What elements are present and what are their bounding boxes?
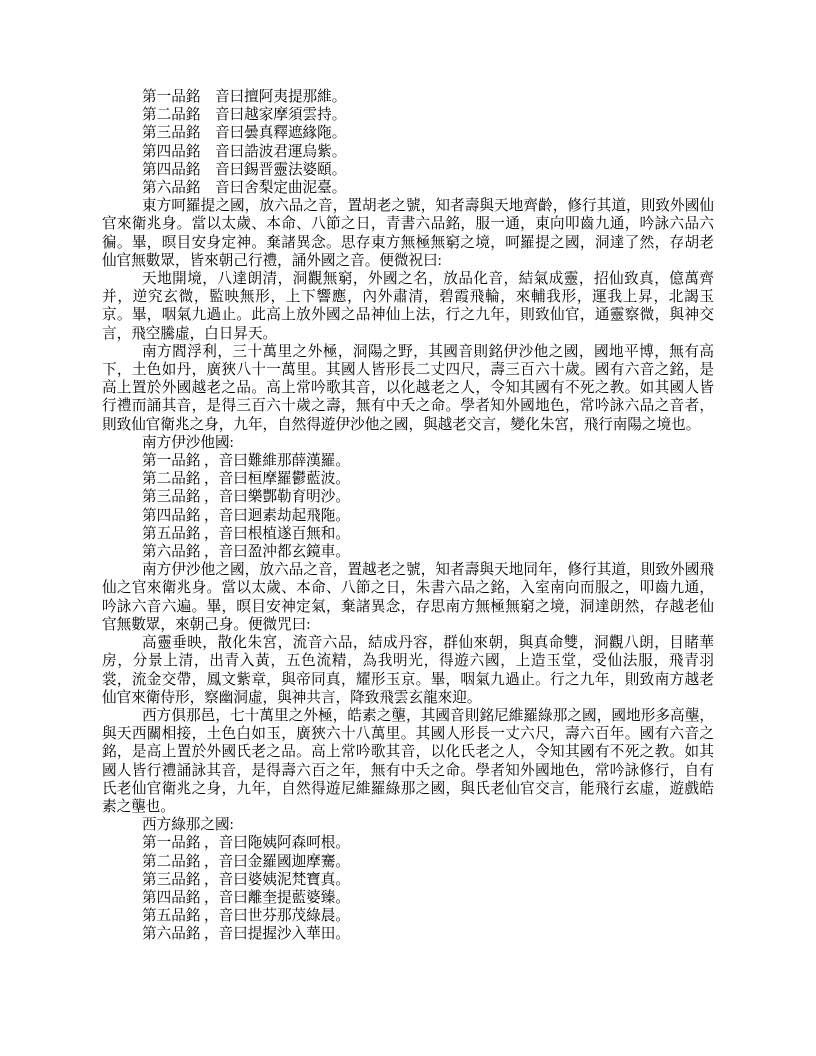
ming-line-east-2: 第二品銘 音曰越家摩須雲持。 <box>102 106 714 124</box>
ming-line-east-5: 第四品銘 音曰錫晋靈法婆頤。 <box>102 161 714 179</box>
paragraph-west-intro: 西方俱那邑，七十萬里之外極，皓素之壟，其國音則銘尼維羅綠那之國，國地形多高壟，與… <box>102 707 714 816</box>
ming-line-south-2: 第二品銘 ，音曰桓摩羅鬱藍波。 <box>102 470 714 488</box>
ming-line-west-3: 第三品銘 ，音曰婆姨泥梵寶真。 <box>102 871 714 889</box>
heading-south-country: 南方伊沙他國: <box>102 434 714 452</box>
ming-line-west-1: 第一品銘 ，音曰陁姨阿森呵根。 <box>102 834 714 852</box>
ming-line-east-4: 第四品銘 音曰誥波君運烏紫。 <box>102 143 714 161</box>
paragraph-east-incantation: 天地開境，八達朗清，洞觀無窮，外國之名，放品化音，結氣成靈，招仙致真，億萬齊并，… <box>102 270 714 343</box>
ming-line-west-2: 第二品銘 ，音曰金羅國迦摩騫。 <box>102 853 714 871</box>
ming-line-west-6: 第六品銘 ，音曰提握沙入華田。 <box>102 925 714 943</box>
ming-line-south-5: 第五品銘 ，音曰根植遂百無和。 <box>102 525 714 543</box>
ming-line-south-3: 第三品銘 ，音曰樂酆勒育明沙。 <box>102 488 714 506</box>
ming-line-east-3: 第三品銘 音曰曇真釋遮緣陁。 <box>102 124 714 142</box>
ming-line-south-4: 第四品銘 ，音曰迴素劫起飛陁。 <box>102 507 714 525</box>
ming-line-west-4: 第四品銘 ，音曰離奎提藍婆臻。 <box>102 889 714 907</box>
ming-line-east-6: 第六品銘 音曰舍梨定曲泥臺。 <box>102 179 714 197</box>
ming-line-west-5: 第五品銘 ，音曰世芬那茂綠晨。 <box>102 907 714 925</box>
paragraph-south-country: 南方伊沙他之國，放六品之音，置越老之號，知者壽與天地同年，修行其道，則致外國飛仙… <box>102 561 714 634</box>
ming-line-south-6: 第六品銘 ，音曰盈沖都玄鏡車。 <box>102 543 714 561</box>
ming-line-east-1: 第一品銘 音曰擅阿夷提那維。 <box>102 88 714 106</box>
heading-west-country: 西方綠那之國: <box>102 816 714 834</box>
paragraph-south-incantation: 高靈垂映，散化朱宮，流音六品，結成丹容，群仙來朝，與真命雙，洞觀八朗，目睹華房，… <box>102 634 714 707</box>
paragraph-east-country: 東方呵羅提之國，放六品之音，置胡老之號，知者壽與天地齊齡，修行其道，則致外國仙官… <box>102 197 714 270</box>
ming-line-south-1: 第一品銘 ，音曰難維那薛漢羅。 <box>102 452 714 470</box>
paragraph-south-intro: 南方閻浮利，三十萬里之外極，洞陽之野，其國音則銘伊沙他之國，國地平博，無有高下，… <box>102 343 714 434</box>
document-page: 第一品銘 音曰擅阿夷提那維。 第二品銘 音曰越家摩須雲持。 第三品銘 音曰曇真釋… <box>0 0 816 1056</box>
